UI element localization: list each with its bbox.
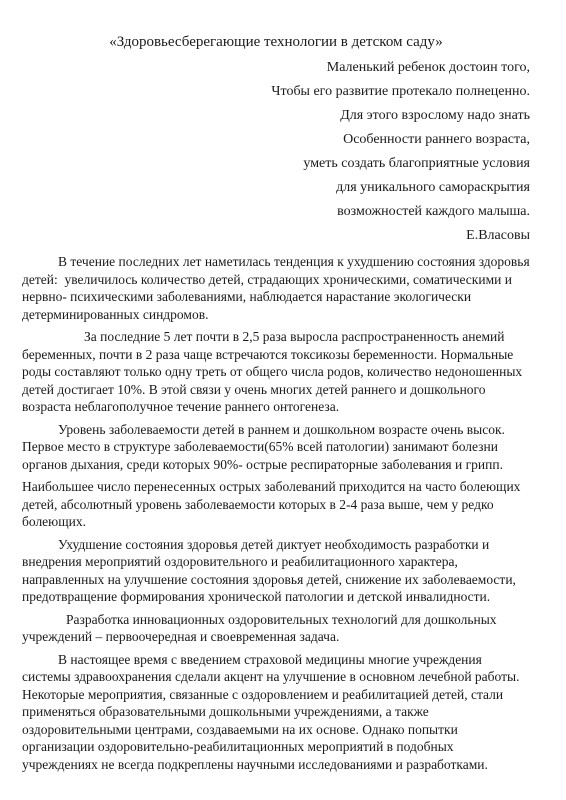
paragraph: Разработка инновационных оздоровительных…: [22, 611, 530, 646]
epigraph: Маленький ребенок достоин того, Чтобы ег…: [22, 56, 530, 248]
epigraph-line: Маленький ребенок достоин того,: [22, 56, 530, 80]
paragraph: За последние 5 лет почти в 2,5 раза выро…: [22, 328, 530, 416]
epigraph-line: уметь создать благоприятные условия: [22, 152, 530, 176]
paragraph: В настоящее время с введением страховой …: [22, 651, 530, 774]
paragraph: Уровень заболеваемости детей в раннем и …: [22, 421, 530, 474]
paragraph: Наибольшее число перенесенных острых заб…: [22, 478, 530, 531]
epigraph-line: Для этого взрослому надо знать: [22, 104, 530, 128]
epigraph-line: для уникального самораскрытия: [22, 176, 530, 200]
epigraph-author: Е.Власовы: [22, 224, 530, 248]
epigraph-line: возможностей каждого малыша.: [22, 200, 530, 224]
epigraph-line: Чтобы его развитие протекало полнеценно.: [22, 80, 530, 104]
document-title: «Здоровьесберегающие технологии в детско…: [22, 32, 530, 52]
paragraph: Ухудшение состояния здоровья детей дикту…: [22, 536, 530, 606]
epigraph-line: Особенности раннего возраста,: [22, 128, 530, 152]
paragraph: В течение последних лет наметилась тенде…: [22, 253, 530, 323]
document-page: «Здоровьесберегающие технологии в детско…: [0, 0, 566, 800]
document-body: В течение последних лет наметилась тенде…: [22, 253, 530, 773]
